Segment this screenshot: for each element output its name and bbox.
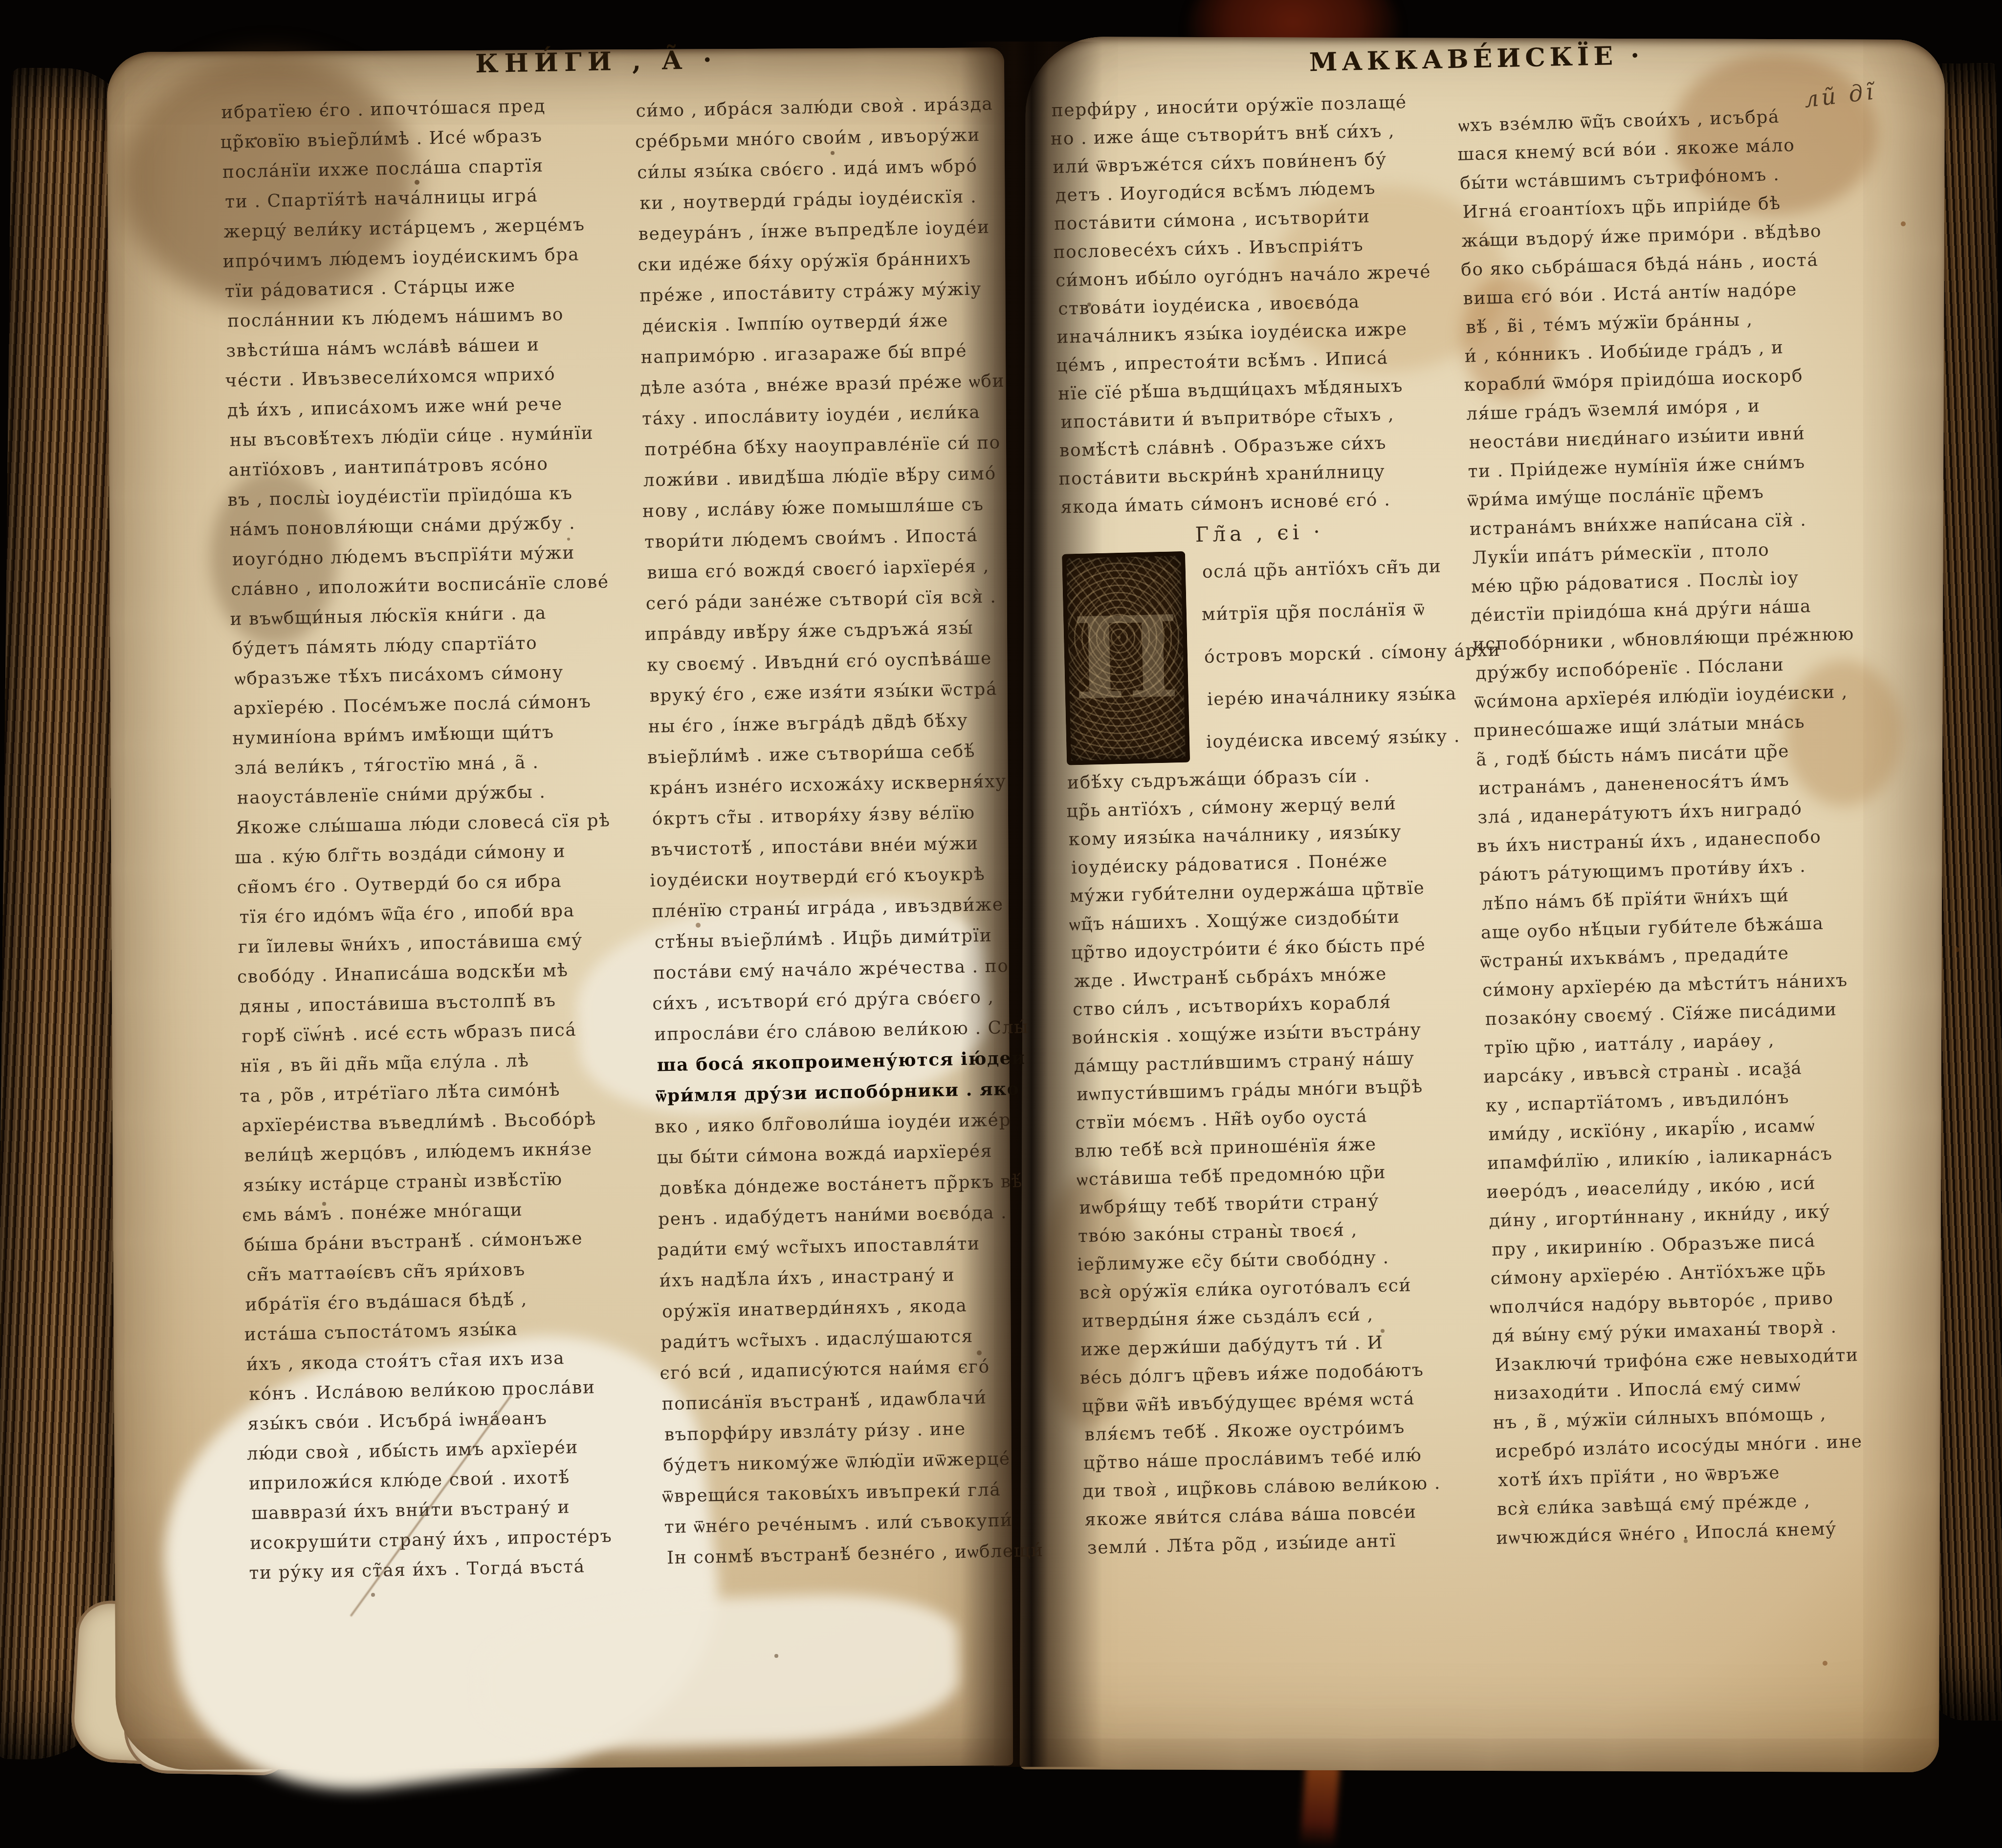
drop-cap-row: П осла́ цр̃ь антїо́хъ сн̃ъ дими́трїя цр̃… <box>1062 545 1463 769</box>
column-right-1-rest: ибѣ́ху съдръжа́щи о́бразъ сі́и .цр̃ь ант… <box>1067 760 1481 1563</box>
book-photo: КНИ́ГИ , А̃ · МАККАВЕ́ИСКЇЕ · ли̃ ді̃ иб… <box>0 0 2002 1848</box>
text-line: о́стровъ морски́ . сі́мону а́рхи <box>1204 629 1501 678</box>
column-right-1-top: перфи́ру , иноси́ти ору́жїе позлаще́но .… <box>1051 87 1457 522</box>
text-line: ми́трїя цр̃я посла́нїя ѿ <box>1201 587 1498 636</box>
woodcut-initial: П <box>1062 551 1190 765</box>
text-line: іере́ю инача́лнику язы́ка <box>1207 672 1504 721</box>
column-right-1-indent: осла́ цр̃ь антїо́хъ сн̃ъ дими́трїя цр̃я … <box>1202 544 1503 766</box>
column-left-2: си́мо , ибра́ся залю́ди своя̀ . ира́здас… <box>636 88 1044 1573</box>
column-right-1: перфи́ру , иноси́ти ору́жїе позлаще́но .… <box>1051 87 1481 1563</box>
text-line: осла́ цр̃ь антїо́хъ сн̃ъ ди <box>1202 544 1499 593</box>
column-right-2: ѡхъ взе́млю ѿц̃ъ свои́хъ , исъбра́шася к… <box>1458 99 1928 1552</box>
column-left-1: ибратїею є́го . ипочто́шася предцр̃ковїю… <box>221 90 652 1588</box>
spine-tailband <box>1300 1763 1340 1848</box>
drop-cap-letter: П <box>1072 601 1181 716</box>
text-line: іоуде́иска ивсему́ язы́ку . <box>1206 714 1503 763</box>
